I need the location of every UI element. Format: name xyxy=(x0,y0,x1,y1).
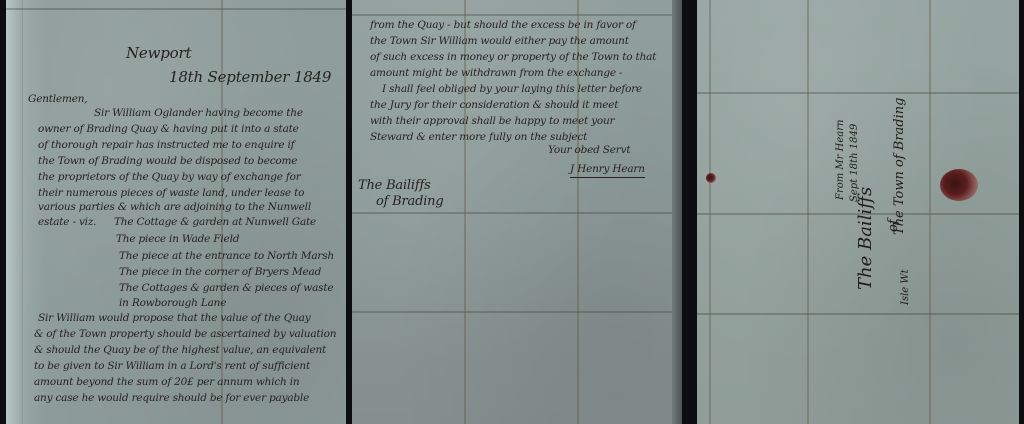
page-edge xyxy=(6,0,23,424)
wax-seal xyxy=(940,169,978,201)
text-line: the Town Sir William would either pay th… xyxy=(370,34,629,49)
date-heading: 18th September 1849 xyxy=(169,68,331,86)
fold-crease xyxy=(352,212,682,214)
text-line: the Town of Brading would be disposed to… xyxy=(38,154,297,169)
address-line: The Town of Brading xyxy=(892,98,907,235)
text-line: their numerous pieces of waste land, und… xyxy=(38,186,304,201)
list-item: The piece in the corner of Bryers Mead xyxy=(119,265,321,280)
fold-crease xyxy=(352,14,682,16)
text-line: estate - viz. xyxy=(38,215,96,230)
fold-crease xyxy=(709,0,711,424)
text-line: Sir William Oglander having become the xyxy=(94,106,303,121)
list-item: The piece in Wade Field xyxy=(116,232,239,247)
text-line: from the Quay - but should the excess be… xyxy=(370,18,636,33)
fold-crease xyxy=(807,0,809,424)
salutation: Gentlemen, xyxy=(28,92,87,107)
text-line: amount might be withdrawn from the excha… xyxy=(370,66,622,81)
text-line: Sir William would propose that the value… xyxy=(38,311,310,326)
text-line: & of the Town property should be ascerta… xyxy=(34,327,336,342)
signature: J Henry Hearn xyxy=(570,162,645,178)
text-line: with their approval shall be happy to me… xyxy=(370,114,614,129)
letter-page-left: Newport 18th September 1849 Gentlemen, S… xyxy=(6,0,346,424)
text-line: various parties & which are adjoining to… xyxy=(38,200,311,215)
place-heading: Newport xyxy=(126,44,191,62)
list-item: The Cottage & garden at Nunwell Gate xyxy=(114,215,316,230)
text-line: the proprietors of the Quay by way of ex… xyxy=(38,170,301,185)
letter-cover-page: From Mr Hearn Sept 18th 1849 The Bailiff… xyxy=(697,0,1019,424)
text-line: of such excess in money or property of t… xyxy=(370,50,656,65)
docket-line: From Mr Hearn xyxy=(835,120,846,200)
text-line: of thorough repair has instructed me to … xyxy=(38,138,294,153)
fold-crease xyxy=(697,92,1019,94)
wax-seal-fragment xyxy=(706,173,716,183)
address-line: Isle Wt xyxy=(900,269,911,305)
fold-crease xyxy=(929,0,931,424)
closing: Your obed Servt xyxy=(548,143,630,158)
fold-crease xyxy=(697,313,1019,315)
address-line: The Bailiffs xyxy=(855,187,876,290)
fold-crease xyxy=(6,8,346,10)
text-line: I shall feel obliged by your laying this… xyxy=(382,82,642,97)
letter-page-middle: from the Quay - but should the excess be… xyxy=(352,0,682,424)
addressee-line: The Bailiffs xyxy=(358,178,431,193)
text-line: to be given to Sir William in a Lord's r… xyxy=(34,359,310,374)
fold-crease xyxy=(352,311,682,313)
text-line: any case he would require should be for … xyxy=(34,391,309,406)
text-line: & should the Quay be of the highest valu… xyxy=(34,343,326,358)
addressee-line: of Brading xyxy=(376,194,443,209)
list-item: in Rowborough Lane xyxy=(119,296,226,311)
page-spine xyxy=(672,0,682,424)
list-item: The Cottages & garden & pieces of waste xyxy=(119,281,333,296)
text-line: the Jury for their consideration & shoul… xyxy=(370,98,618,113)
list-item: The piece at the entrance to North Marsh xyxy=(119,249,334,264)
text-line: owner of Brading Quay & having put it in… xyxy=(38,122,299,137)
text-line: amount beyond the sum of 20£ per annum w… xyxy=(34,375,299,390)
